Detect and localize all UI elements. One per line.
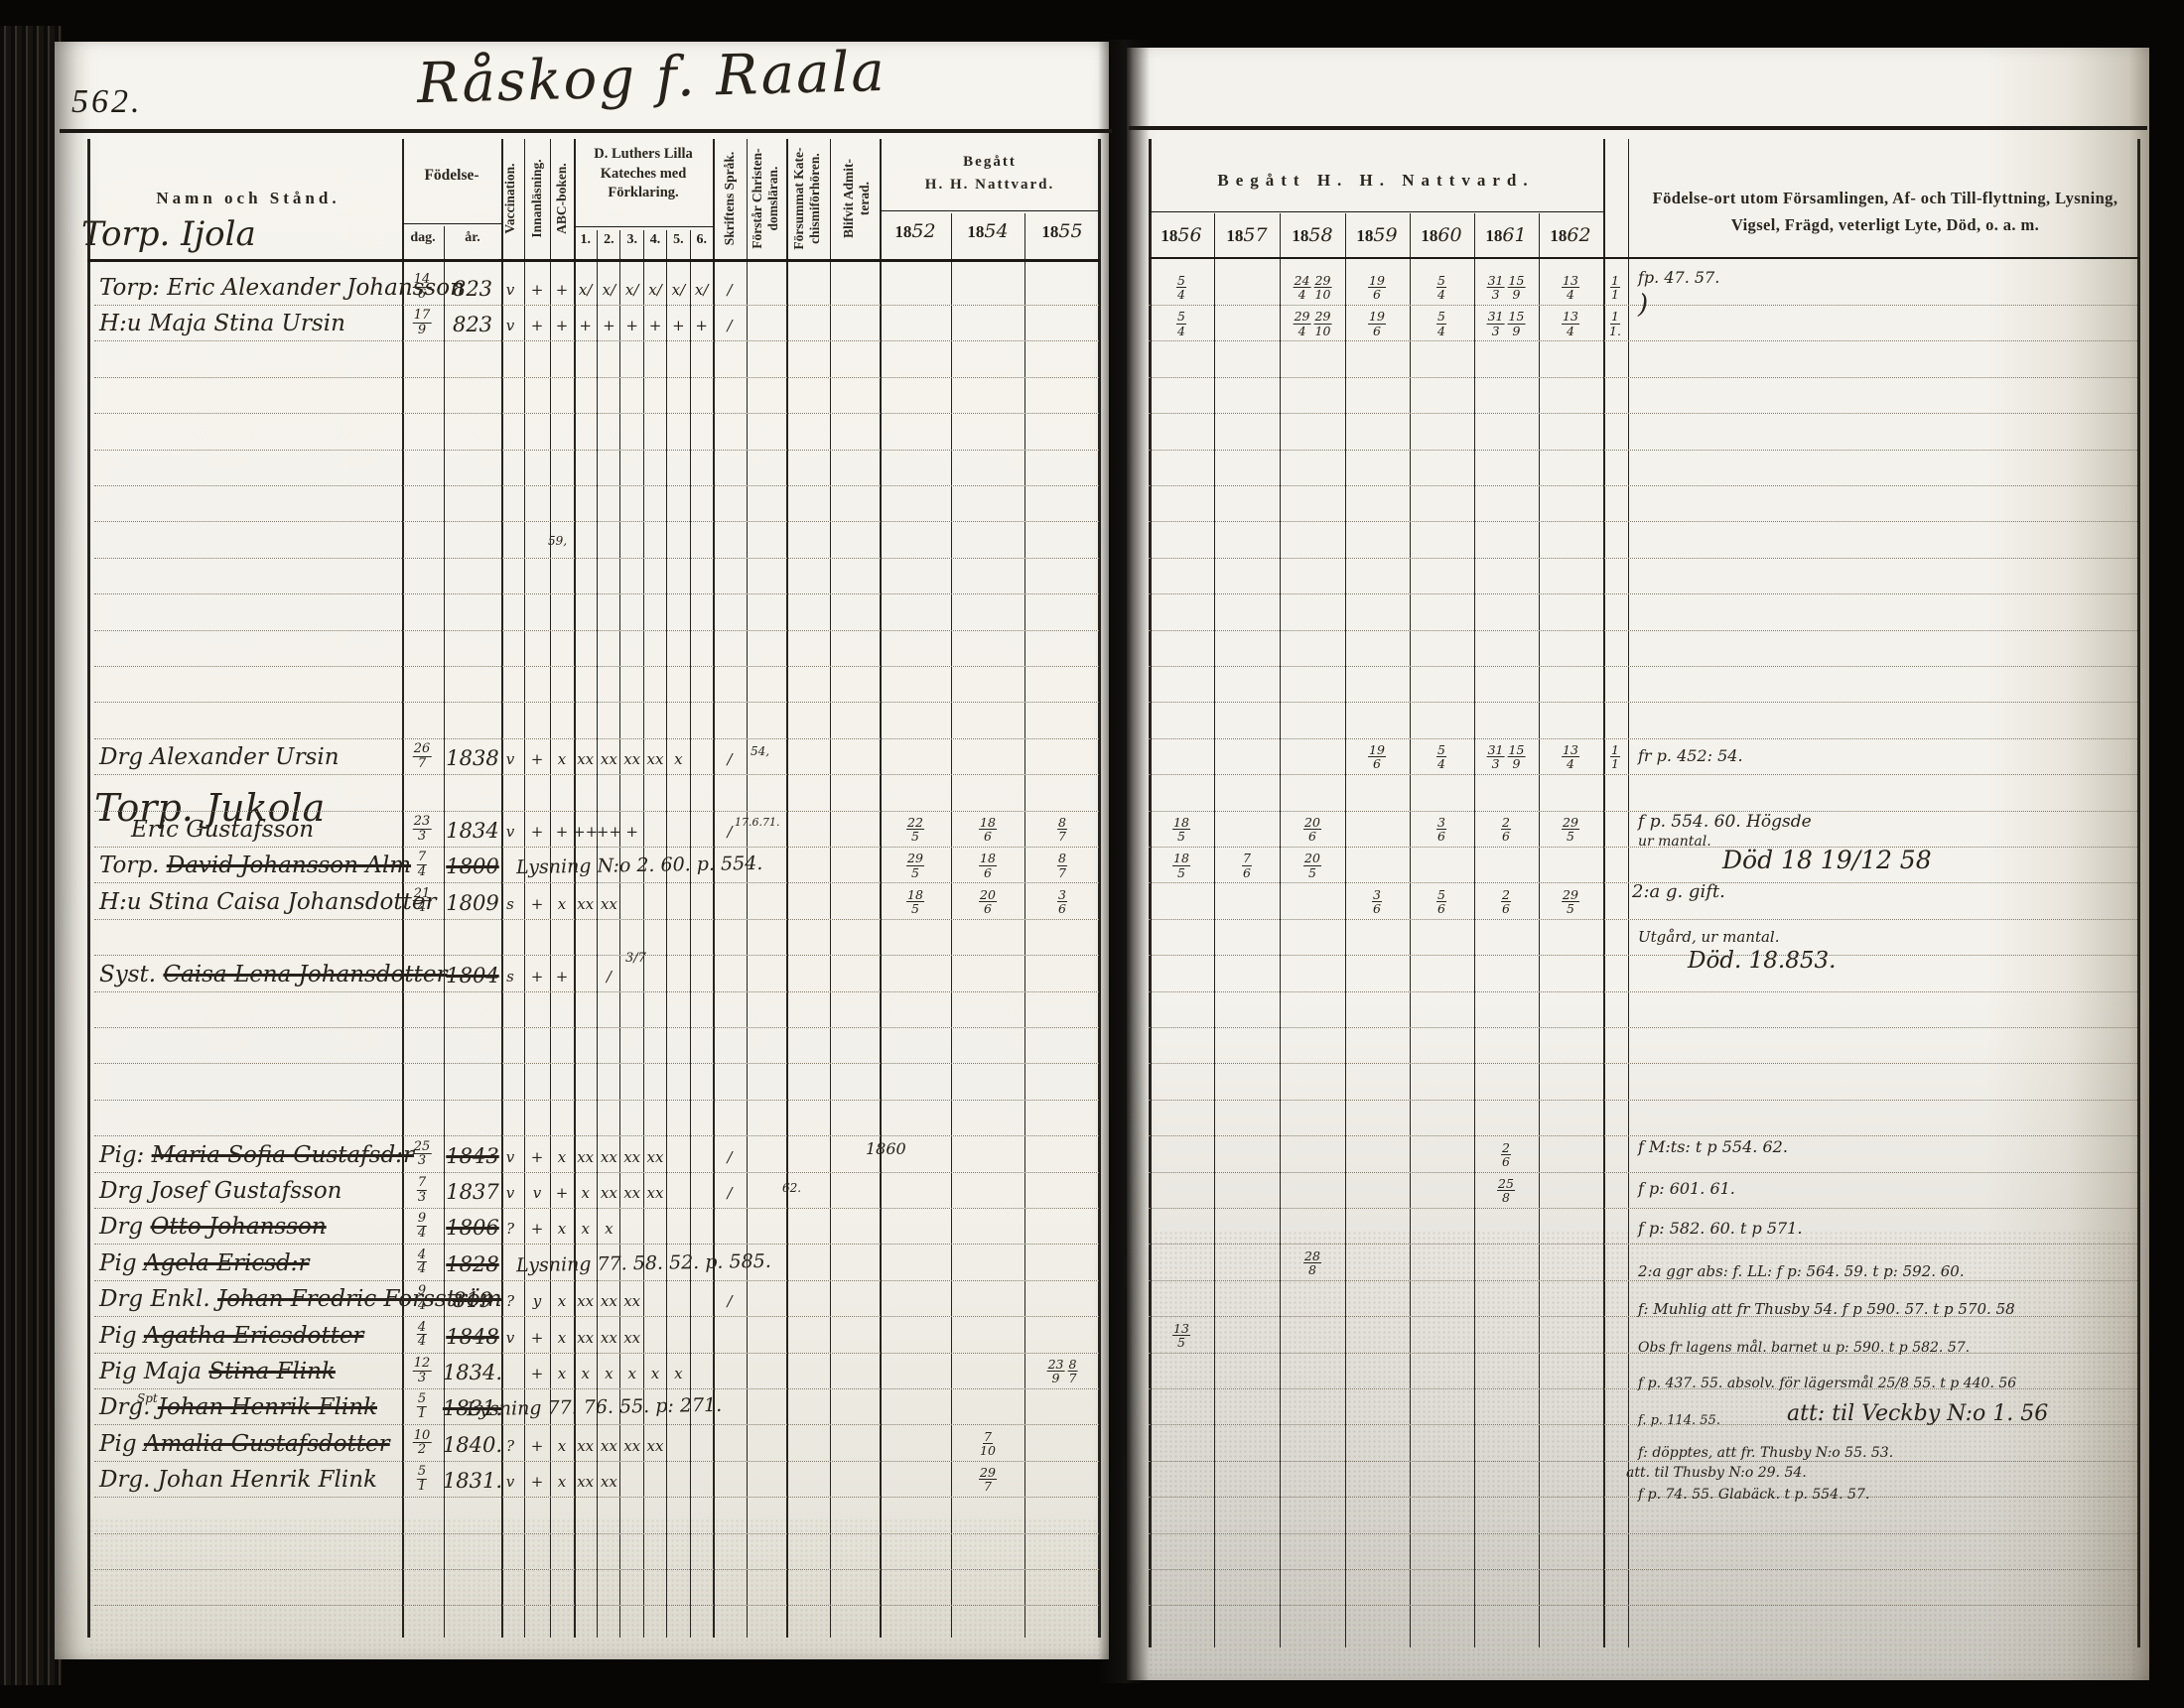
birth-day: 146: [413, 273, 432, 301]
ruled-line: [1149, 1533, 2137, 1534]
reading-mark: x: [605, 1365, 613, 1382]
ruled-line: [1149, 1027, 2137, 1028]
stray-annotation: 62.: [782, 1181, 801, 1195]
ruled-line: [94, 377, 1099, 378]
reading-mark: x/: [695, 281, 709, 299]
reading-mark: +: [556, 1184, 569, 1202]
column-header-catechism: D. Luthers Lilla Kateches med Förklaring…: [574, 145, 713, 203]
reading-mark: x/: [648, 281, 662, 299]
column-header-notes: Födelse-ort utom Församlingen, Af- och T…: [1648, 185, 2122, 238]
reading-mark: s: [506, 895, 514, 913]
margin-note: f p: 601. 61.: [1638, 1179, 1735, 1198]
vertical-column-label: Förstår Christen- domsläran.: [746, 134, 785, 263]
margin-note: f p. 554. 60. Högsde: [1638, 812, 1812, 832]
reading-mark: x: [558, 1329, 566, 1347]
communion-date: 297: [979, 1466, 997, 1493]
column-header-communion-right: Begått H. H. Nattvard.: [1149, 171, 1603, 191]
column-line: [1214, 213, 1215, 1647]
reading-mark: x: [674, 1365, 682, 1382]
communion-date: 205: [1303, 852, 1321, 878]
birth-day: 51: [417, 1392, 427, 1420]
ruled-line: [1149, 991, 2137, 992]
margin-note: fp. 47. 57.: [1638, 268, 1719, 287]
ruled-line: [1149, 1172, 2137, 1173]
margin-note: f p: 582. 60. t p 571.: [1638, 1219, 1802, 1238]
year-label: 1860: [1421, 224, 1461, 246]
ruled-line: [94, 1569, 1099, 1570]
column-line: [690, 230, 691, 1638]
reading-mark: /: [727, 823, 732, 841]
register-row-name: H:u Stina Caisa Johansdotter: [99, 889, 437, 915]
communion-date: 23987: [1047, 1358, 1078, 1384]
communion-date: 134: [1562, 274, 1579, 301]
column-line: [643, 230, 644, 1638]
register-row-name: Drg Alexander Ursin: [99, 744, 340, 770]
reading-mark: x: [581, 1365, 589, 1382]
stray-annotation: 3/7: [625, 951, 646, 966]
column-line: [619, 230, 620, 1638]
ruled-line: [94, 1135, 1099, 1136]
birth-year: 823: [453, 277, 492, 301]
register-row-name: Torp. David Johansson Alm: [99, 853, 411, 878]
overwritten-note: Lysning 77. 76. 55. p: 271.: [467, 1394, 723, 1420]
overwritten-note: Lysning N:o 2. 60. p. 554.: [516, 853, 763, 878]
stray-annotation: 54,: [751, 744, 769, 758]
column-line: [1603, 139, 1605, 1647]
ruled-line: [1149, 666, 2137, 667]
communion-date: 186: [979, 816, 997, 843]
ruled-line: [1149, 1569, 2137, 1570]
margin-note: ): [1638, 290, 1648, 320]
ruled-line: [94, 811, 1099, 812]
reading-mark: +: [556, 281, 569, 299]
communion-date: 56: [1436, 888, 1446, 915]
stray-annotation: Spt: [137, 1391, 158, 1405]
year-label: 1856: [1160, 224, 1201, 246]
reading-mark: v: [506, 1329, 514, 1347]
rule-line: [1149, 257, 2139, 259]
reading-mark: s: [506, 968, 514, 985]
ruled-line: [1149, 413, 2137, 414]
reading-mark: v: [506, 281, 514, 299]
ruled-line: [1149, 630, 2137, 631]
reading-mark: +: [579, 317, 592, 334]
margin-note: Utgård, ur mantal.: [1638, 928, 1780, 946]
ruled-line: [94, 521, 1099, 522]
column-line: [1628, 139, 1629, 1647]
reading-mark: +: [556, 968, 569, 985]
column-line: [597, 230, 598, 1638]
reading-mark: +: [649, 317, 662, 334]
margin-note: att. til Thusby N:o 29. 54.: [1626, 1465, 1807, 1481]
ruled-line: [94, 666, 1099, 667]
rule-line: [574, 226, 713, 227]
birth-year: 1828: [446, 1252, 498, 1276]
communion-date: 313159: [1487, 274, 1526, 301]
margin-note: f p. 74. 55. Glabäck. t p. 554. 57.: [1638, 1487, 1869, 1503]
birth-year: 1838: [446, 746, 498, 770]
birth-year: 1834: [446, 819, 498, 843]
register-row-name: Drg Josef Gustafsson: [99, 1178, 342, 1204]
register-row-name: H:u Maja Stina Ursin: [99, 311, 345, 336]
birth-day: 94: [417, 1284, 427, 1312]
reading-mark: x/: [625, 281, 639, 299]
birth-day: 44: [417, 1321, 427, 1349]
reading-mark: +: [531, 968, 544, 985]
margin-note: 2:a ggr abs: f. LL: f p: 564. 59. t p: 5…: [1638, 1262, 1965, 1280]
reading-mark: xx: [601, 1148, 617, 1166]
communion-date: 87: [1057, 852, 1067, 878]
reading-mark: xx: [623, 1184, 640, 1202]
reading-mark: v: [506, 1148, 514, 1166]
ruled-line: [94, 1424, 1099, 1425]
reading-mark: xx: [647, 750, 664, 768]
communion-date: 710: [980, 1430, 996, 1457]
communion-date: 26: [1501, 816, 1511, 843]
section-heading-farm: Torp. Ijola: [81, 214, 256, 254]
register-row-name: Eric Gustafsson: [131, 817, 314, 843]
reading-mark: x: [605, 1220, 613, 1238]
vertical-column-label: Försummat Kate- chismiförhören.: [787, 134, 827, 263]
catechism-number: 6.: [696, 232, 707, 248]
reading-mark: x: [651, 1365, 659, 1382]
page-number: 562.: [71, 83, 143, 121]
communion-date: 135: [1172, 1322, 1190, 1349]
scanned-register-page: 562. Råskog f. Raala Namn och Stånd. Tor…: [0, 0, 2184, 1708]
birth-year: 1848: [446, 1325, 498, 1349]
reading-mark: x/: [603, 281, 616, 299]
ruled-line: [94, 1172, 1099, 1173]
ruled-line: [94, 738, 1099, 739]
birth-year: 1834.: [443, 1361, 502, 1384]
year-label: 1854: [967, 220, 1008, 242]
communion-date: 258: [1497, 1177, 1515, 1204]
vertical-column-label: ABC-boken.: [542, 134, 582, 263]
reading-mark: +: [625, 823, 638, 841]
communion-date: 185: [1172, 852, 1190, 878]
ruled-line: [94, 630, 1099, 631]
catechism-number: 4.: [650, 232, 661, 248]
rule-line: [87, 259, 1100, 262]
reading-mark: xx: [577, 750, 594, 768]
birth-day: 102: [413, 1429, 432, 1457]
reading-mark: +: [695, 317, 708, 334]
reading-mark: x: [558, 1220, 566, 1238]
communion-date: 206: [979, 888, 997, 915]
margin-note: f p. 437. 55. absolv. för lägersmål 25/8…: [1638, 1376, 2016, 1391]
communion-date: 26: [1501, 1141, 1511, 1168]
ruled-line: [94, 774, 1099, 775]
communion-date: 54: [1436, 310, 1446, 336]
reading-mark: x: [558, 1473, 566, 1491]
reading-mark: /: [607, 968, 612, 985]
communion-date: 185: [906, 888, 924, 915]
ruled-line: [94, 702, 1099, 703]
rule-line: [1129, 126, 2147, 130]
reading-mark: xx: [601, 895, 617, 913]
table-overlay: 562. Råskog f. Raala Namn och Stånd. Tor…: [0, 0, 2184, 1708]
communion-date: 196: [1368, 310, 1386, 336]
year-label: 1861: [1485, 224, 1526, 246]
birth-day: 179: [413, 309, 432, 336]
communion-date: 36: [1436, 816, 1446, 843]
communion-date: 313159: [1487, 310, 1526, 336]
margin-note: f: döpptes, att fr. Thusby N:o 55. 53.: [1638, 1445, 1893, 1461]
reading-mark: x: [674, 750, 682, 768]
mantal-fraction: 11: [1610, 274, 1620, 301]
column-line: [444, 226, 445, 1638]
year-label: 1859: [1356, 224, 1397, 246]
communion-date: 54: [1436, 743, 1446, 770]
catechism-number: 5.: [673, 232, 684, 248]
ruled-line: [94, 1497, 1099, 1498]
reading-mark: ++: [597, 823, 621, 841]
register-row-name: Pig Maja Stina Flink: [99, 1359, 336, 1384]
ruled-line: [94, 1605, 1099, 1606]
ruled-line: [94, 1244, 1099, 1245]
reading-mark: +: [556, 823, 569, 841]
reading-mark: x: [627, 1365, 635, 1382]
reading-mark: xx: [601, 1329, 617, 1347]
column-line: [747, 139, 748, 1638]
communion-date: 87: [1057, 816, 1067, 843]
reading-mark: +: [531, 1329, 544, 1347]
communion-date: 295: [1562, 816, 1579, 843]
reading-mark: x: [558, 1437, 566, 1455]
ruled-line: [1149, 774, 2137, 775]
reading-mark: xx: [577, 1473, 594, 1491]
register-row-name: Drg Otto Johansson: [99, 1214, 327, 1240]
communion-date: 76: [1242, 852, 1252, 878]
reading-mark: xx: [577, 1329, 594, 1347]
stray-annotation: 17.6.71.: [735, 816, 779, 829]
column-line: [1539, 213, 1540, 1647]
birth-year: 1804: [446, 964, 498, 987]
catechism-number: 2.: [604, 232, 614, 248]
reading-mark: xx: [623, 750, 640, 768]
reading-mark: xx: [623, 1292, 640, 1310]
reading-mark: v: [506, 1473, 514, 1491]
column-header-birth-day: dag.: [402, 230, 444, 246]
communion-date: 313159: [1487, 743, 1526, 770]
reading-mark: ?: [506, 1437, 514, 1455]
column-line: [1280, 213, 1281, 1647]
ruled-line: [94, 1461, 1099, 1462]
reading-mark: xx: [601, 1473, 617, 1491]
column-line: [1098, 139, 1101, 1638]
ruled-line: [1149, 485, 2137, 486]
column-line: [1149, 139, 1152, 1647]
reading-mark: /: [727, 1184, 732, 1202]
stray-annotation: 59,: [548, 534, 567, 548]
birth-year: 1843: [446, 1144, 498, 1168]
reading-mark: ?: [506, 1220, 514, 1238]
communion-date: 225: [906, 816, 924, 843]
communion-date: 206: [1303, 816, 1321, 843]
reading-mark: x: [558, 1292, 566, 1310]
reading-mark: x: [581, 1220, 589, 1238]
birth-day: 123: [413, 1357, 432, 1384]
birth-day: 44: [417, 1248, 427, 1276]
year-label: 1855: [1041, 220, 1082, 242]
ruled-line: [94, 1353, 1099, 1354]
reading-mark: xx: [647, 1148, 664, 1166]
communion-date: 54: [1176, 310, 1186, 336]
column-header-name: Namn och Stånd.: [99, 189, 397, 208]
register-row-name: Syst. Caisa Lena Johansdotter: [99, 962, 448, 987]
year-label: 1857: [1226, 224, 1267, 246]
ruled-line: [1149, 521, 2137, 522]
reading-mark: +: [531, 317, 544, 334]
register-row-name: Drg Enkl. Johan Fredric Forsström: [99, 1286, 502, 1312]
communion-date: 288: [1303, 1249, 1321, 1276]
margin-note: ur mantal.: [1638, 834, 1711, 850]
ruled-line: [1149, 1100, 2137, 1101]
birth-year: 819: [453, 1288, 492, 1312]
rule-line: [880, 210, 1100, 211]
ruled-line: [94, 1063, 1099, 1064]
birth-day: 74: [417, 851, 427, 878]
margin-note: Död. 18.853.: [1688, 948, 1836, 974]
reading-mark: xx: [601, 1437, 617, 1455]
reading-mark: /: [727, 281, 732, 299]
reading-mark: /: [727, 1148, 732, 1166]
ruled-line: [94, 485, 1099, 486]
reading-mark: /: [727, 317, 732, 334]
reading-mark: +: [531, 895, 544, 913]
reading-mark: +: [531, 1473, 544, 1491]
reading-mark: ++: [573, 823, 598, 841]
catechism-number: 1.: [580, 232, 591, 248]
reading-mark: xx: [601, 750, 617, 768]
reading-mark: xx: [647, 1437, 664, 1455]
scan-noise-left: [89, 1518, 1100, 1657]
birth-day: 51: [417, 1465, 427, 1493]
reading-mark: +: [531, 1365, 544, 1382]
rule-line: [402, 223, 501, 224]
communion-date: 295: [906, 852, 924, 878]
margin-note: fr p. 452: 54.: [1638, 746, 1743, 765]
reading-mark: xx: [601, 1184, 617, 1202]
margin-note: f M:ts: t p 554. 62.: [1638, 1137, 1788, 1156]
year-label: 1852: [894, 220, 935, 242]
register-row-name: Pig: Maria Sofia Gustafsd:r: [99, 1142, 414, 1168]
margin-note: Obs fr lagens mål. barnet u p: 590. t p …: [1638, 1340, 1970, 1356]
year-label: 1858: [1292, 224, 1332, 246]
communion-date: 54: [1176, 274, 1186, 301]
ruled-line: [1149, 738, 2137, 739]
ruled-line: [1149, 593, 2137, 594]
column-line: [87, 139, 90, 1638]
birth-year: 1800: [446, 854, 498, 878]
margin-note: Död 18 19/12 58: [1722, 846, 1932, 874]
column-line: [1345, 213, 1346, 1647]
reading-mark: x/: [579, 281, 593, 299]
ruled-line: [94, 919, 1099, 920]
birth-day: 233: [413, 815, 432, 843]
margin-note: 2:a g. gift.: [1632, 881, 1725, 902]
ruled-line: [1149, 919, 2137, 920]
reading-mark: xx: [577, 895, 594, 913]
ruled-line: [1149, 377, 2137, 378]
birth-year: 1840.: [443, 1433, 502, 1457]
vertical-column-label: Skriftens Språk.: [710, 134, 750, 263]
communion-date: 134: [1562, 743, 1579, 770]
stray-annotation: 1860: [866, 1139, 906, 1158]
reading-mark: +: [556, 317, 569, 334]
column-line: [1410, 213, 1411, 1647]
reading-mark: xx: [601, 1292, 617, 1310]
reading-mark: +: [603, 317, 615, 334]
ruled-line: [94, 1388, 1099, 1389]
ruled-line: [94, 955, 1099, 956]
reading-mark: xx: [623, 1329, 640, 1347]
register-row-name: Pig Agatha Ericsdotter: [99, 1323, 364, 1349]
ruled-line: [94, 1027, 1099, 1028]
ruled-line: [94, 558, 1099, 559]
reading-mark: xx: [577, 1437, 594, 1455]
birth-day: 94: [417, 1212, 427, 1240]
communion-date: 134: [1562, 310, 1579, 336]
ruled-line: [94, 593, 1099, 594]
ruled-line: [94, 340, 1099, 341]
margin-note: f. p. 114. 55.: [1638, 1413, 1720, 1428]
reading-mark: x: [558, 750, 566, 768]
margin-note: att: til Veckby N:o 1. 56: [1787, 1401, 2048, 1426]
reading-mark: v: [533, 1184, 541, 1202]
page-title: Råskog f. Raala: [416, 40, 887, 116]
overwritten-note: Lysning 77. 58. 52. p. 585.: [516, 1250, 771, 1276]
reading-mark: +: [672, 317, 685, 334]
ruled-line: [94, 450, 1099, 451]
column-line: [880, 139, 882, 1638]
column-line: [2137, 139, 2140, 1647]
reading-mark: +: [531, 750, 544, 768]
ruled-line: [94, 1533, 1099, 1534]
column-line: [666, 230, 667, 1638]
ruled-line: [94, 991, 1099, 992]
reading-mark: v: [506, 1184, 514, 1202]
ruled-line: [1149, 1605, 2137, 1606]
reading-mark: /: [727, 1292, 732, 1310]
ruled-line: [1149, 450, 2137, 451]
communion-date: 2442910: [1294, 274, 1332, 301]
reading-mark: xx: [623, 1437, 640, 1455]
reading-mark: +: [531, 1220, 544, 1238]
column-line: [1474, 213, 1475, 1647]
ruled-line: [1149, 1063, 2137, 1064]
ruled-line: [94, 413, 1099, 414]
reading-mark: x: [558, 895, 566, 913]
register-row-name: Torp: Eric Alexander Johansson: [99, 275, 465, 301]
catechism-number: 3.: [626, 232, 637, 248]
communion-date: 196: [1368, 743, 1386, 770]
communion-date: 54: [1436, 274, 1446, 301]
column-header-communion-left: Begått H. H. Nattvard.: [880, 151, 1100, 196]
reading-mark: /: [727, 750, 732, 768]
ruled-line: [1149, 1208, 2137, 1209]
ruled-line: [94, 1280, 1099, 1281]
ruled-line: [94, 1208, 1099, 1209]
communion-date: 2942910: [1294, 310, 1332, 336]
ruled-line: [94, 1100, 1099, 1101]
reading-mark: +: [531, 823, 544, 841]
vertical-column-label: Blifvit Admit- terad.: [837, 134, 877, 263]
reading-mark: v: [506, 750, 514, 768]
communion-date: 295: [1562, 888, 1579, 915]
reading-mark: xx: [623, 1148, 640, 1166]
reading-mark: v: [506, 823, 514, 841]
